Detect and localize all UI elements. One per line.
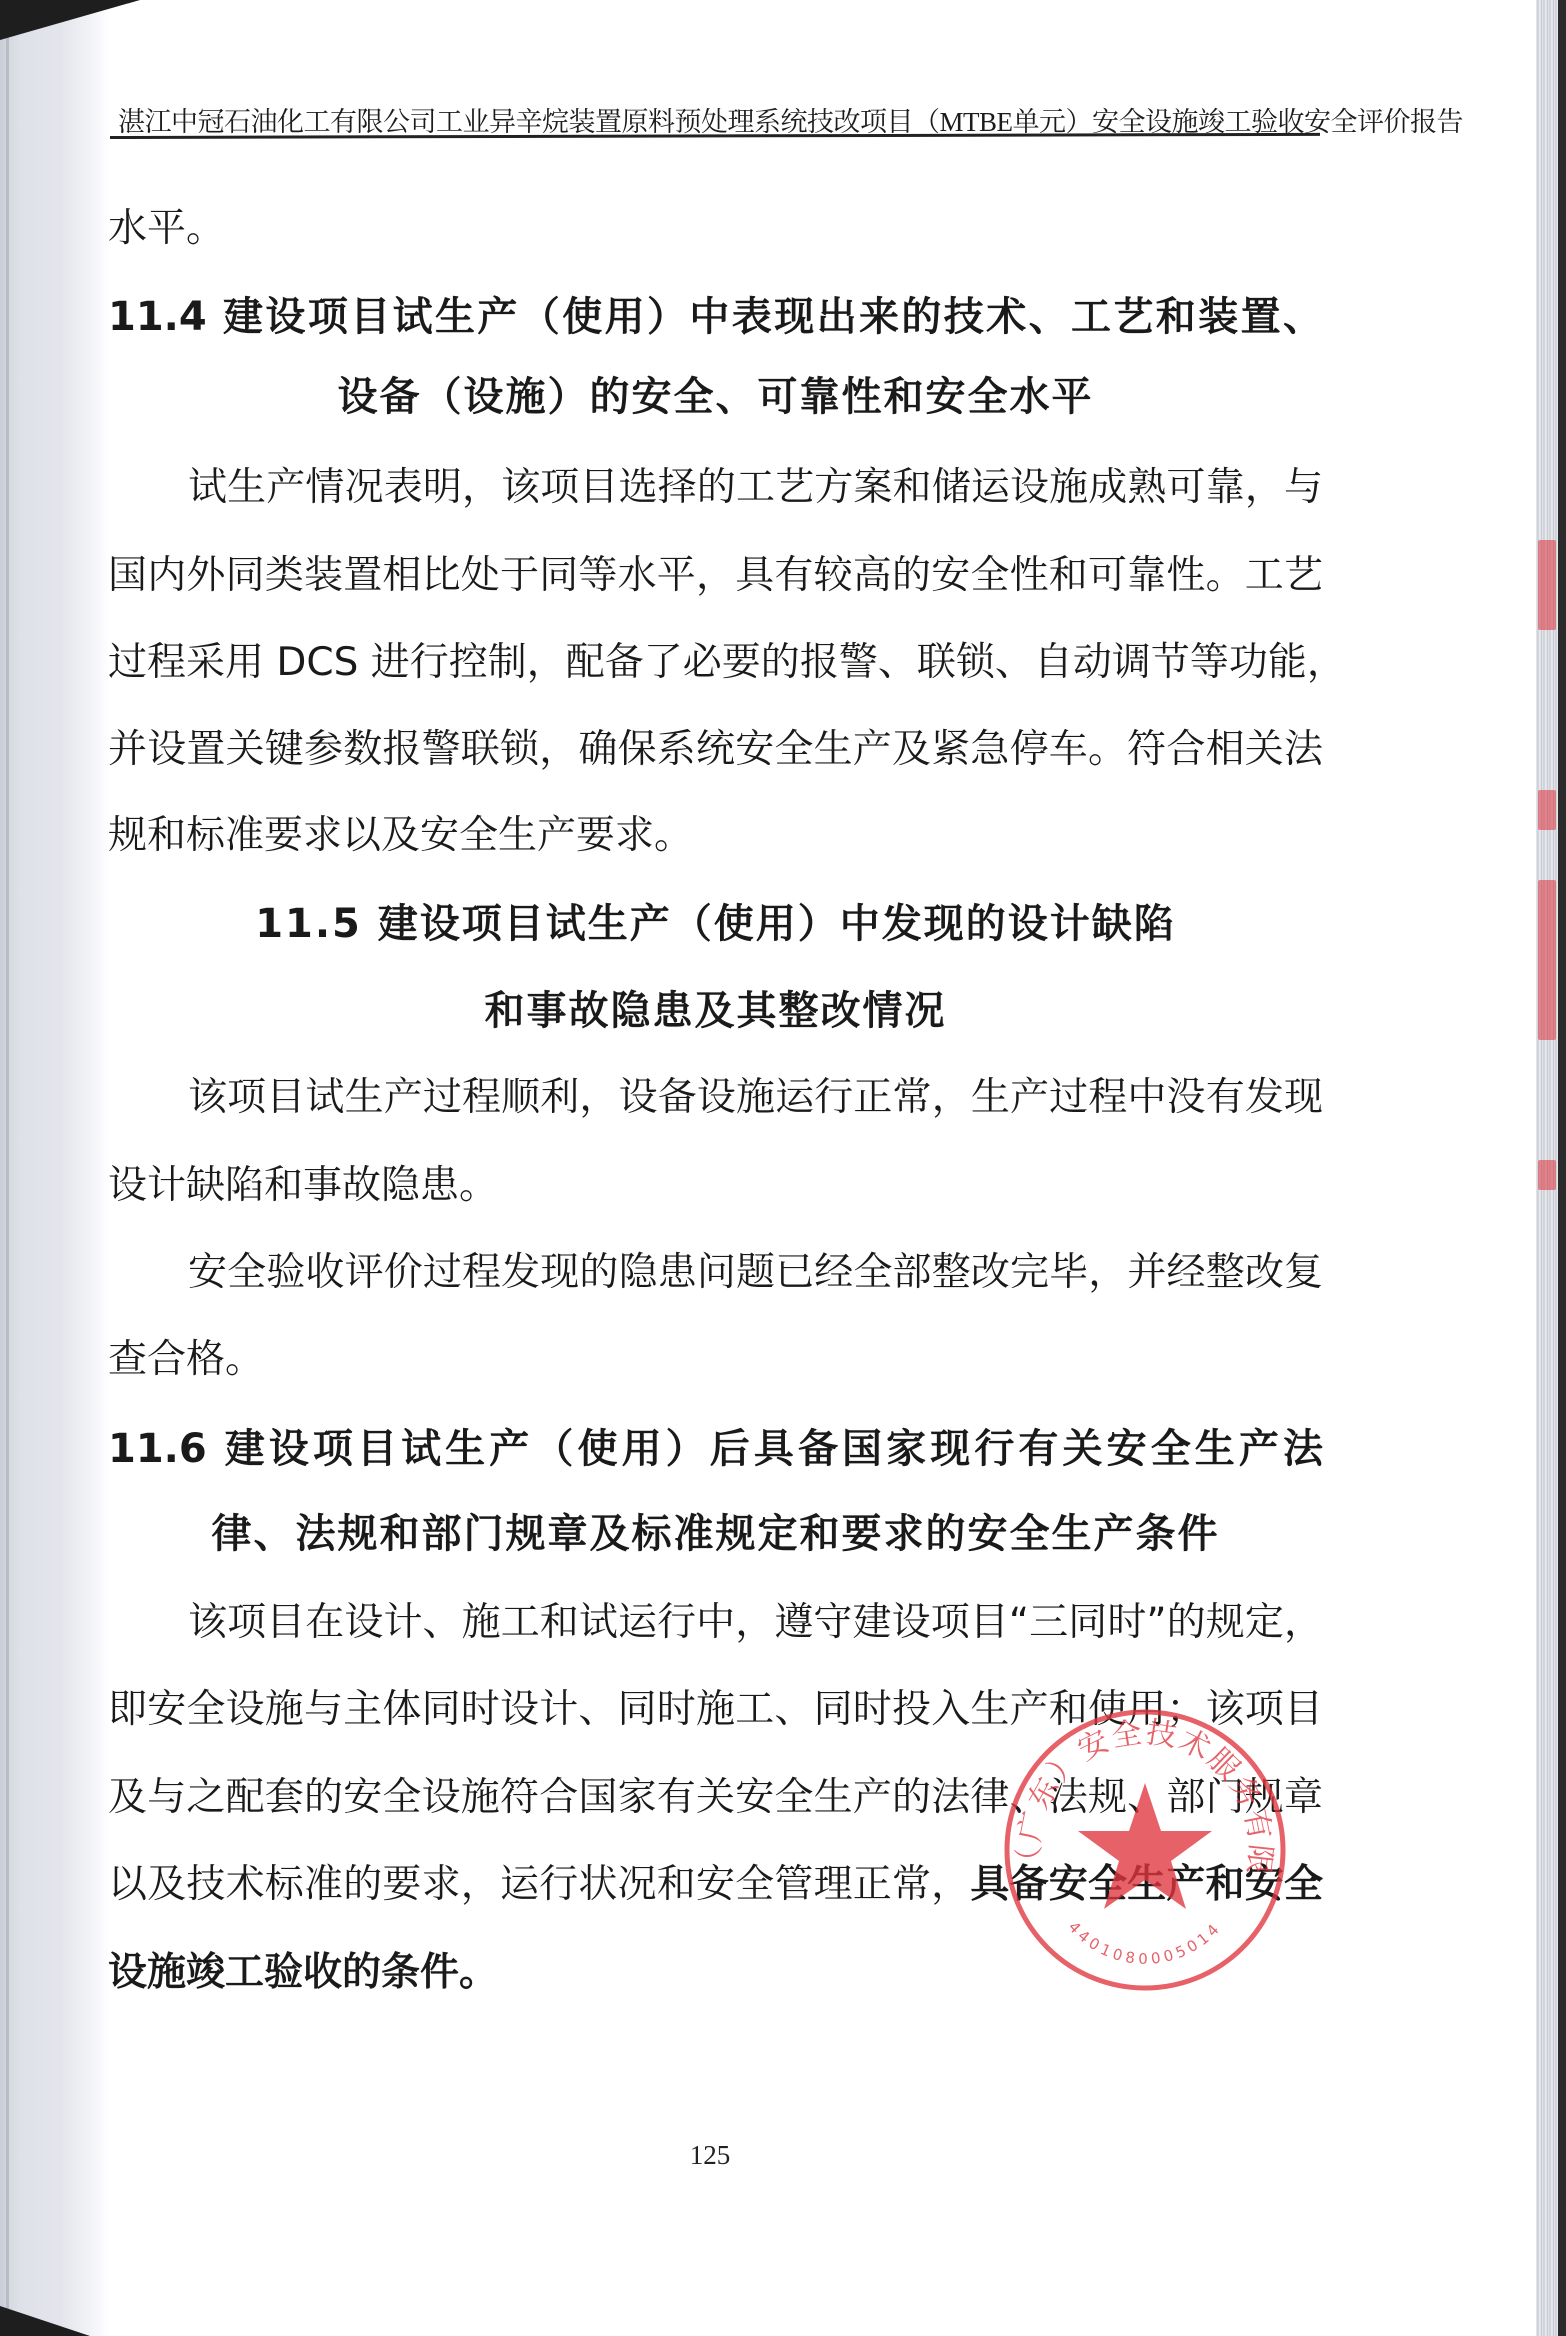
paragraph-line: 并设置关键参数报警联锁，确保系统安全生产及紧急停车。符合相关法 (108, 726, 1323, 774)
paragraph-line: 该项目试生产过程顺利，设备设施运行正常，生产过程中没有发现 (108, 1074, 1323, 1122)
scanned-page: 湛江中冠石油化工有限公司工业异辛烷装置原料预处理系统技改项目（MTBE单元）安全… (0, 0, 1566, 2336)
paragraph-line: 试生产情况表明，该项目选择的工艺方案和储运设施成熟可靠，与 (108, 464, 1323, 512)
paragraph-line: 国内外同类装置相比处于同等水平，具有较高的安全性和可靠性。工艺 (108, 552, 1323, 600)
paragraph-line: 该项目在设计、施工和试运行中，遵守建设项目“三同时”的规定， (108, 1599, 1323, 1647)
conclusion-bold-text: 具备安全生产和安全 (970, 1862, 1323, 1907)
edge-seal-mark (1538, 540, 1556, 630)
binding-shadow (0, 0, 110, 2336)
edge-seal-mark (1538, 880, 1556, 1040)
section-11-5-heading-line1: 11.5 建设项目试生产（使用）中发现的设计缺陷 (108, 899, 1323, 949)
scan-corner-bottom (0, 2306, 90, 2336)
section-11-6-heading-line1: 11.6 建设项目试生产（使用）后具备国家现行有关安全生产法 (108, 1424, 1323, 1474)
scan-corner-top (0, 0, 140, 40)
paragraph-line: 安全验收评价过程发现的隐患问题已经全部整改完毕，并经整改复 (108, 1249, 1323, 1297)
paragraph-line: 设计缺陷和事故隐患。 (108, 1162, 1323, 1210)
binding-edge (6, 0, 9, 2336)
paragraph-line-mixed: 以及技术标准的要求，运行状况和安全管理正常，具备安全生产和安全 (108, 1861, 1323, 1909)
paragraph-line: 规和标准要求以及安全生产要求。 (108, 812, 1323, 860)
continuation-text: 水平。 (108, 205, 1323, 253)
paragraph-line: 查合格。 (108, 1336, 1323, 1384)
conclusion-normal-text: 以及技术标准的要求，运行状况和安全管理正常， (108, 1862, 970, 1907)
edge-seal-mark (1538, 790, 1556, 830)
section-11-6-heading-line2: 律、法规和部门规章及标准规定和要求的安全生产条件 (108, 1509, 1323, 1559)
page-stack-shadow (1558, 0, 1566, 2336)
section-11-5-heading-line2: 和事故隐患及其整改情况 (108, 986, 1323, 1036)
page-number: 125 (0, 2140, 1420, 2171)
edge-seal-mark (1538, 1160, 1556, 1190)
paragraph-line: 及与之配套的安全设施符合国家有关安全生产的法律、法规、部门规章 (108, 1774, 1323, 1822)
paragraph-line: 即安全设施与主体同时设计、同时施工、同时投入生产和使用；该项目 (108, 1686, 1323, 1734)
paragraph-line: 过程采用 DCS 进行控制，配备了必要的报警、联锁、自动调节等功能， (108, 639, 1323, 687)
conclusion-bold-text: 设施竣工验收的条件。 (108, 1949, 1323, 1997)
section-11-4-heading-line2: 设备（设施）的安全、可靠性和安全水平 (108, 372, 1323, 422)
section-11-4-heading-line1: 11.4 建设项目试生产（使用）中表现出来的技术、工艺和装置、 (108, 292, 1323, 342)
